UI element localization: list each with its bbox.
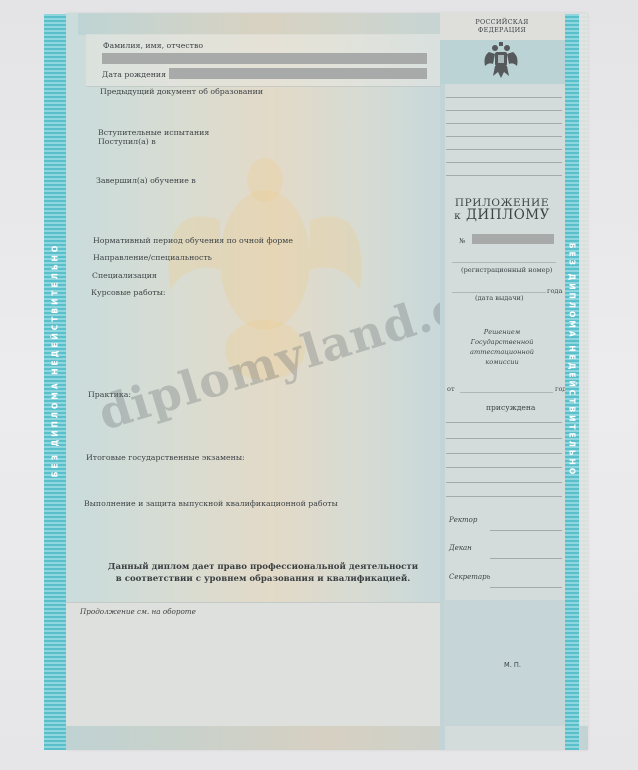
enrolled-label: Поступил(а) в <box>98 137 156 146</box>
country-line1: РОССИЙСКАЯ <box>447 18 557 26</box>
ruled-line <box>446 467 562 468</box>
ruled-line <box>446 496 562 497</box>
from-label: от <box>447 385 455 393</box>
ruled-line <box>446 97 562 98</box>
entrance-exams-label: Вступительные испытания <box>98 128 209 137</box>
year-word: года <box>547 287 562 295</box>
ruled-line <box>446 482 562 483</box>
specialization-label: Специализация <box>92 271 157 280</box>
birth-date-field-redacted <box>169 68 427 79</box>
ruled-line <box>446 123 562 124</box>
country-line2: ФЕДЕРАЦИЯ <box>447 26 557 34</box>
ruled-line <box>446 110 562 111</box>
rights-statement: Данный диплом дает право профессионально… <box>86 561 440 585</box>
reg-number-caption: (регистрационный номер) <box>461 266 552 274</box>
rector-signature-line <box>490 530 562 531</box>
ruled-line <box>446 136 562 137</box>
birth-date-label: Дата рождения <box>102 70 166 79</box>
full-name-label: Фамилия, имя, отчество <box>103 41 203 50</box>
final-exams-label: Итоговые государственные экзамены: <box>86 453 245 462</box>
ruled-line <box>446 162 562 163</box>
ruled-line <box>446 422 562 423</box>
double-headed-eagle-icon <box>483 40 519 80</box>
issue-date-line <box>452 292 546 293</box>
continue-note: Продолжение см. на обороте <box>80 607 196 616</box>
commission-line2: Государственной <box>447 337 557 347</box>
secretary-signature-line <box>490 587 562 588</box>
issue-date-caption: (дата выдачи) <box>475 294 524 302</box>
top-decorative-band <box>78 13 440 35</box>
seal-label: М. П. <box>504 661 521 669</box>
completed-label: Завершил(а) обучение в <box>96 176 196 185</box>
supplement-subtitle-main: ДИПЛОМУ <box>466 207 550 223</box>
thesis-label: Выполнение и защита выпускной квалификац… <box>84 499 338 508</box>
ruled-line <box>446 453 562 454</box>
reg-number-line <box>452 262 556 263</box>
ruled-line <box>446 175 562 176</box>
commission-line1: Решением <box>447 327 557 337</box>
coursework-label: Курсовые работы: <box>91 288 166 297</box>
normative-period-label: Нормативный период обучения по очной фор… <box>93 236 293 245</box>
secretary-label: Секретарь <box>449 573 490 581</box>
commission-caption: Решением Государственной аттестационной … <box>447 327 557 367</box>
ruled-line <box>446 149 562 150</box>
security-strip-right-text: БЕЗ ДИПЛОМА НЕДЕЙСТВИТЕЛЬНО <box>568 243 577 477</box>
full-name-field-redacted <box>102 53 427 64</box>
dean-signature-line <box>490 558 562 559</box>
direction-label: Направление/специальность <box>93 253 212 262</box>
supplement-subtitle-prefix: к <box>454 210 461 222</box>
ruled-line <box>446 438 562 439</box>
awarded-label: присуждена <box>486 403 535 412</box>
continuation-box <box>66 602 440 727</box>
country-title: РОССИЙСКАЯ ФЕДЕРАЦИЯ <box>447 18 557 34</box>
number-label: № <box>459 237 465 245</box>
rights-statement-line1: Данный диплом дает право профессионально… <box>86 561 440 573</box>
commission-line3: аттестационной <box>447 347 557 357</box>
dean-label: Декан <box>449 544 472 552</box>
supplement-subtitle: к ДИПЛОМУ <box>447 207 557 223</box>
rights-statement-line2: в соответствии с уровнем образования и к… <box>86 573 440 585</box>
security-strip-left-text: БЕЗ ДИПЛОМА НЕДЕЙСТВИТЕЛЬНО <box>51 243 60 477</box>
rector-label: Ректор <box>449 516 477 524</box>
prev-doc-label: Предыдущий документ об образовании <box>100 87 263 96</box>
commission-line4: комиссии <box>447 357 557 367</box>
commission-date-line <box>460 392 553 393</box>
number-field-redacted <box>472 234 554 244</box>
